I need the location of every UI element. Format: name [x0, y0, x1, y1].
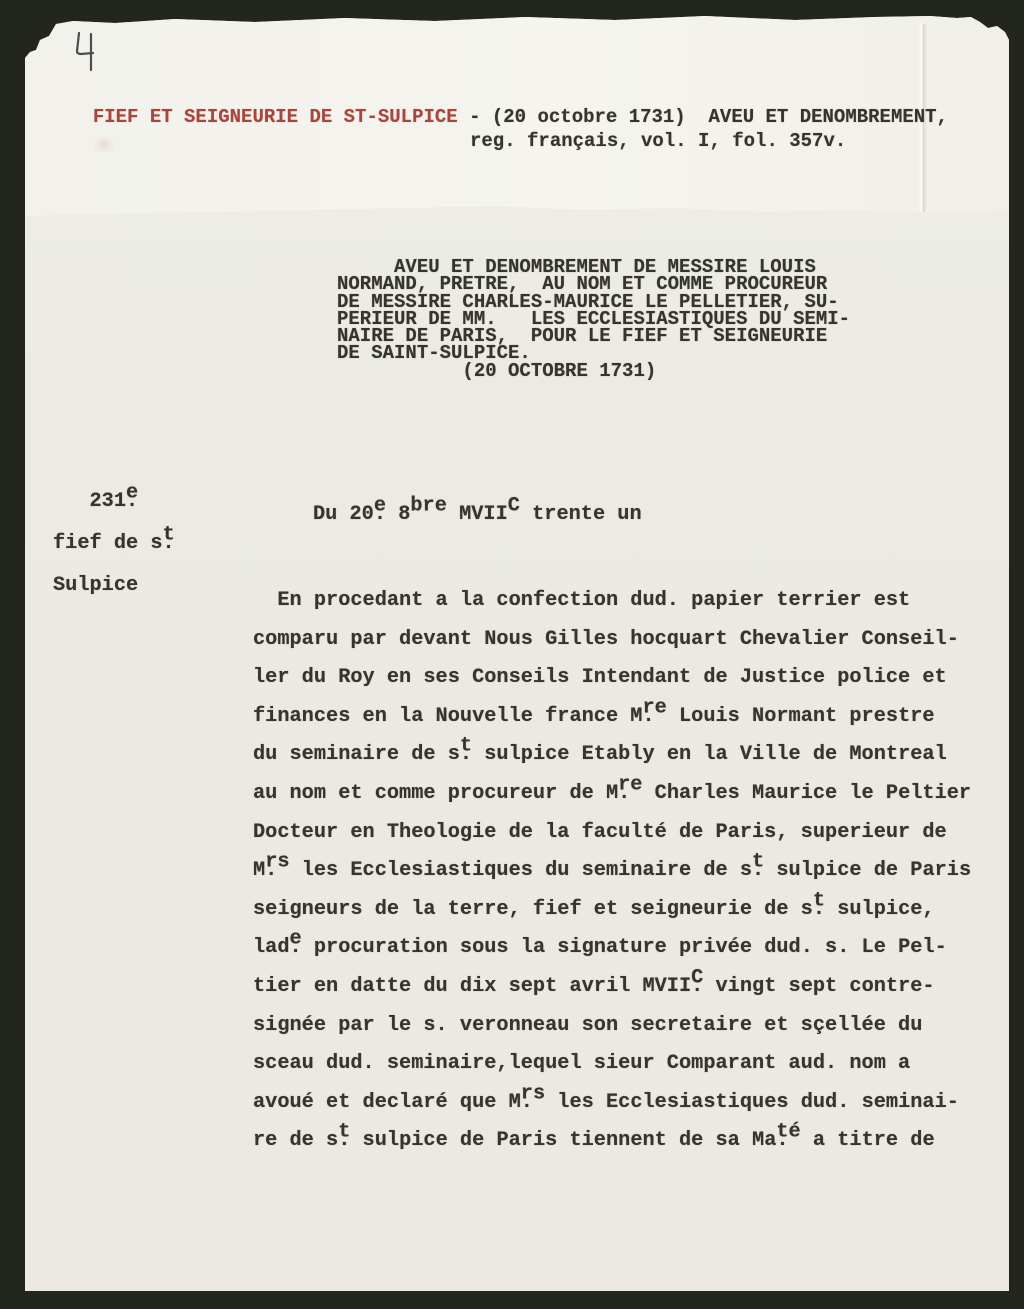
typewritten-line: signée par le s. veronneau son secretair… [253, 1007, 971, 1046]
typewritten-line: M.rs les Ecclesiastiques du seminaire de… [253, 852, 971, 891]
header-reference: reg. français, vol. I, fol. 357v. [470, 131, 846, 152]
typewritten-line: Sulpice [53, 565, 175, 607]
typewritten-line: (20 OCTOBRE 1731) [337, 363, 850, 380]
typewritten-line: avoué et declaré que M.rs les Ecclesiast… [253, 1084, 971, 1123]
margin-note: 231.efief de s.tSulpice [53, 481, 175, 607]
typewritten-line: finances en la Nouvelle france M.re Loui… [253, 698, 971, 737]
typewritten-line: lad.e procuration sous la signature priv… [253, 929, 971, 968]
date-line: Du 20.e 8bre MVIIC trente un [313, 503, 642, 527]
typewritten-line: En procedant a la confection dud. papier… [253, 582, 971, 621]
typewritten-line: ler du Roy en ses Conseils Intendant de … [253, 659, 971, 698]
paper-stain [87, 132, 121, 158]
typewritten-line: au nom et comme procureur de M.re Charle… [253, 775, 971, 814]
typewritten-line: tier en datte du dix sept avril MVII.C v… [253, 968, 971, 1007]
abstract-block: AVEU ET DENOMBREMENT DE MESSIRE LOUISNOR… [337, 259, 850, 380]
typewritten-line: sceau dud. seminaire,lequel sieur Compar… [253, 1045, 971, 1084]
typewritten-line: re de s.t sulpice de Paris tiennent de s… [253, 1122, 971, 1161]
typewritten-line: fief de s.t [53, 523, 175, 565]
typewritten-line: seigneurs de la terre, fief et seigneuri… [253, 891, 971, 930]
header-title-black: - (20 octobre 1731) AVEU ET DENOMBREMENT… [458, 106, 948, 128]
body-paragraph: En procedant a la confection dud. papier… [253, 582, 971, 1161]
header-title-red: FIEF ET SEIGNEURIE DE ST-SULPICE [93, 106, 458, 128]
handwritten-page-number [73, 30, 101, 74]
typewritten-line: 231.e [53, 481, 175, 523]
typewritten-line: du seminaire de s.t sulpice Etably en la… [253, 736, 971, 775]
typewritten-line: Docteur en Theologie de la faculté de Pa… [253, 814, 971, 853]
typewritten-line: comparu par devant Nous Gilles hocquart … [253, 621, 971, 660]
document-header-line: FIEF ET SEIGNEURIE DE ST-SULPICE - (20 o… [70, 86, 948, 128]
